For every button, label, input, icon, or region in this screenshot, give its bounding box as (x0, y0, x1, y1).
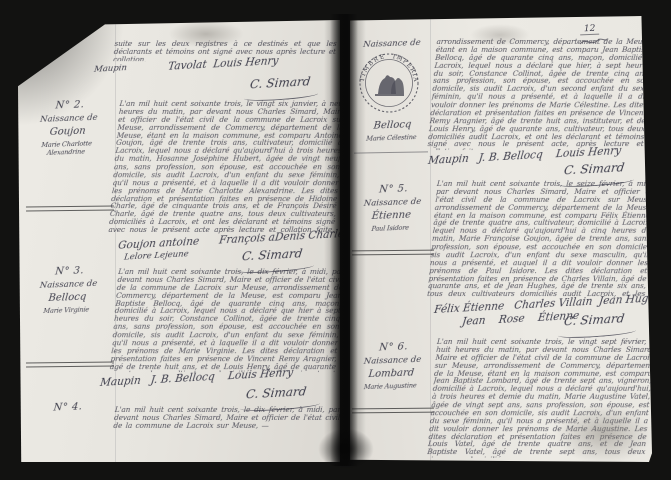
surname: Étienne (351, 209, 432, 223)
act-number: N° 3. (25, 264, 114, 278)
birth-label: Naissance de (24, 278, 113, 291)
underline-rule (354, 151, 428, 153)
register-scan: suite sur les deux registres à ce destin… (0, 0, 671, 480)
given-names: Marie Célestine (351, 133, 432, 144)
act4-body-start: L'an mil huit cent soixante trois, le di… (113, 406, 341, 432)
binding-shadow (318, 428, 374, 470)
act-number: N° 4. (24, 400, 113, 414)
margin-fold-line (430, 16, 431, 462)
margin-note-act2: N° 2. Naissance de Goujon Marie Charlott… (22, 98, 115, 157)
given-names: Marie Augustine (350, 381, 431, 392)
birth-label: Naissance de (24, 112, 113, 125)
act5-body: L'an mil huit cent soixante trois, le se… (427, 180, 655, 298)
act6-body: L'an mil huit cent soixante trois, le vi… (427, 338, 655, 458)
act2-body: L'an mil huit cent soixante trois, le vi… (108, 100, 346, 234)
given-names: Marie Charlotte Alexandrine (22, 139, 111, 158)
official-signature: C. Simard (249, 74, 311, 91)
birth-label: Naissance de (351, 38, 432, 51)
birth-label: Naissance de (352, 197, 433, 210)
given-names: Marie Virginie (22, 305, 111, 316)
act-number: N° 2. (26, 98, 115, 112)
act-number: N° 5. (353, 183, 434, 197)
official-signature: C. Simard (563, 311, 625, 328)
margin-note-act4-right: Naissance de (351, 35, 432, 51)
official-signature: C. Simard (245, 384, 307, 401)
surname: Goujon (23, 124, 112, 138)
surname: Lombard (351, 367, 432, 381)
margin-fold-line (115, 20, 116, 462)
imperial-stamp-icon: TIMBRE IMPERIAL (358, 52, 420, 114)
folio-number: 12 (580, 24, 600, 36)
margin-note-act6: N° 6. Naissance de Lombard Marie Augusti… (350, 341, 434, 392)
margin-note-act3: N° 3. Naissance de Bellocq Marie Virgini… (22, 264, 114, 315)
left-page: suite sur les deux registres à ce destin… (18, 20, 340, 462)
birth-label: Naissance de (352, 355, 433, 368)
separator-rule (26, 206, 114, 212)
given-names: Paul Isidore (350, 223, 431, 234)
paraph-signature: Maupin (93, 63, 127, 75)
act4-body-continuation: arrondissement de Commercy, département … (427, 38, 653, 150)
official-signature: C. Simard (563, 160, 625, 177)
separator-rule (352, 408, 434, 414)
margin-note-act4: N° 4. (24, 400, 113, 414)
act-number: N° 6. (353, 341, 434, 355)
svg-text:TIMBRE: TIMBRE (359, 53, 387, 82)
separator-rule (352, 250, 434, 256)
paraph-signature: Lelore Lejeune (123, 249, 189, 262)
margin-note-act4-name: Bellocq Marie Célestine (351, 117, 433, 144)
margin-note-act5: N° 5. Naissance de Étienne Paul Isidore (350, 183, 434, 234)
surname: Bellocq (352, 119, 433, 133)
right-page: 12 Naissance de TIMBRE IMPERIAL (350, 16, 652, 462)
gutter-shadow (330, 14, 358, 466)
act3-body: L'an mil huit cent soixante trois, le di… (109, 268, 344, 372)
surname: Bellocq (23, 290, 112, 304)
separator-rule (26, 362, 114, 368)
official-signature: C. Simard (241, 246, 303, 263)
